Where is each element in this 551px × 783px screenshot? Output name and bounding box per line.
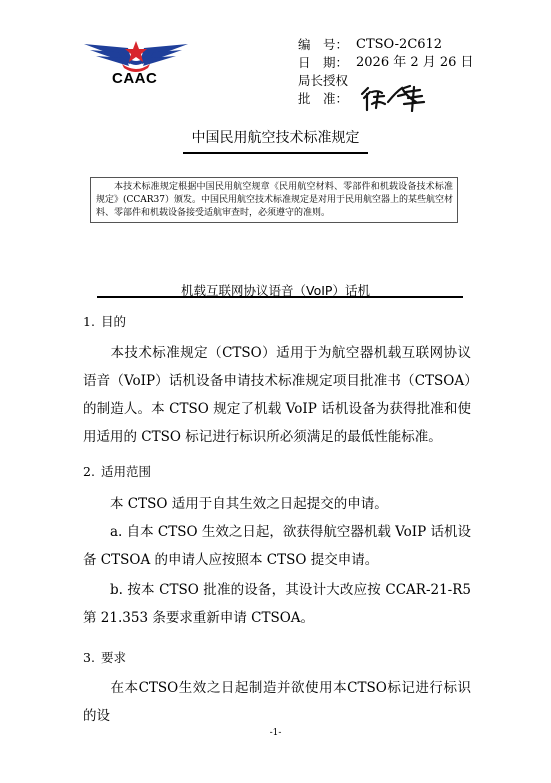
meta-value: 2026 年 2 月 26 日 <box>356 54 474 72</box>
meta-label: 日 期： <box>298 54 356 72</box>
meta-label: 局长授权 <box>298 72 356 90</box>
section-heading-2: 2.适用范围 <box>83 462 151 480</box>
section-title: 目的 <box>101 314 126 329</box>
subtitle-rule <box>97 296 463 298</box>
section-heading-3: 3.要求 <box>83 648 126 666</box>
paragraph-text: 本 CTSO 适用于自其生效之日起提交的申请。 <box>110 496 388 512</box>
meta-number-row: 编 号： CTSO-2C612 <box>298 36 474 54</box>
main-title: 中国民用航空技术标准规定 <box>0 127 551 147</box>
notice-box: 本技术标准规定根据中国民用航空规章《民用航空材料、零部件和机载设备技术标准规定》… <box>90 177 458 223</box>
section-title: 适用范围 <box>101 464 151 479</box>
title-underline <box>183 152 368 154</box>
paragraph-text: b. 按本 CTSO 批准的设备，其设计大改应按 CCAR-21-R5 第 21… <box>83 582 471 626</box>
section-2-paragraph-b: b. 按本 CTSO 批准的设备，其设计大改应按 CCAR-21-R5 第 21… <box>83 576 471 632</box>
meta-label: 批 准： <box>298 90 356 108</box>
section-title: 要求 <box>101 650 126 665</box>
section-2-paragraph-a: a. 自本 CTSO 生效之日起，欲获得航空器机载 VoIP 话机设备 CTSO… <box>83 518 471 574</box>
section-3-paragraph: 在本CTSO生效之日起制造并欲使用本CTSO标记进行标识的设 <box>83 674 471 730</box>
section-number: 2. <box>83 464 95 479</box>
section-number: 3. <box>83 650 95 665</box>
section-number: 1. <box>83 314 95 329</box>
section-2-paragraph-intro: 本 CTSO 适用于自其生效之日起提交的申请。 <box>83 490 471 518</box>
paragraph-text: a. 自本 CTSO 生效之日起，欲获得航空器机载 VoIP 话机设备 CTSO… <box>83 524 471 568</box>
page-number: -1- <box>0 728 551 738</box>
logo-text: CAAC <box>112 70 157 87</box>
meta-value: CTSO-2C612 <box>356 36 442 54</box>
paragraph-text: 在本CTSO生效之日起制造并欲使用本CTSO标记进行标识的设 <box>83 680 471 724</box>
meta-label: 编 号： <box>298 36 356 54</box>
meta-date-row: 日 期： 2026 年 2 月 26 日 <box>298 54 474 72</box>
paragraph-text: 本技术标准规定（CTSO）适用于为航空器机载互联网协议语音（VoIP）话机设备申… <box>83 345 471 445</box>
signature-icon <box>358 84 433 112</box>
notice-text: 本技术标准规定根据中国民用航空规章《民用航空材料、零部件和机载设备技术标准规定》… <box>96 181 453 220</box>
section-1-paragraph: 本技术标准规定（CTSO）适用于为航空器机载互联网协议语音（VoIP）话机设备申… <box>83 339 471 451</box>
section-heading-1: 1.目的 <box>83 312 126 330</box>
